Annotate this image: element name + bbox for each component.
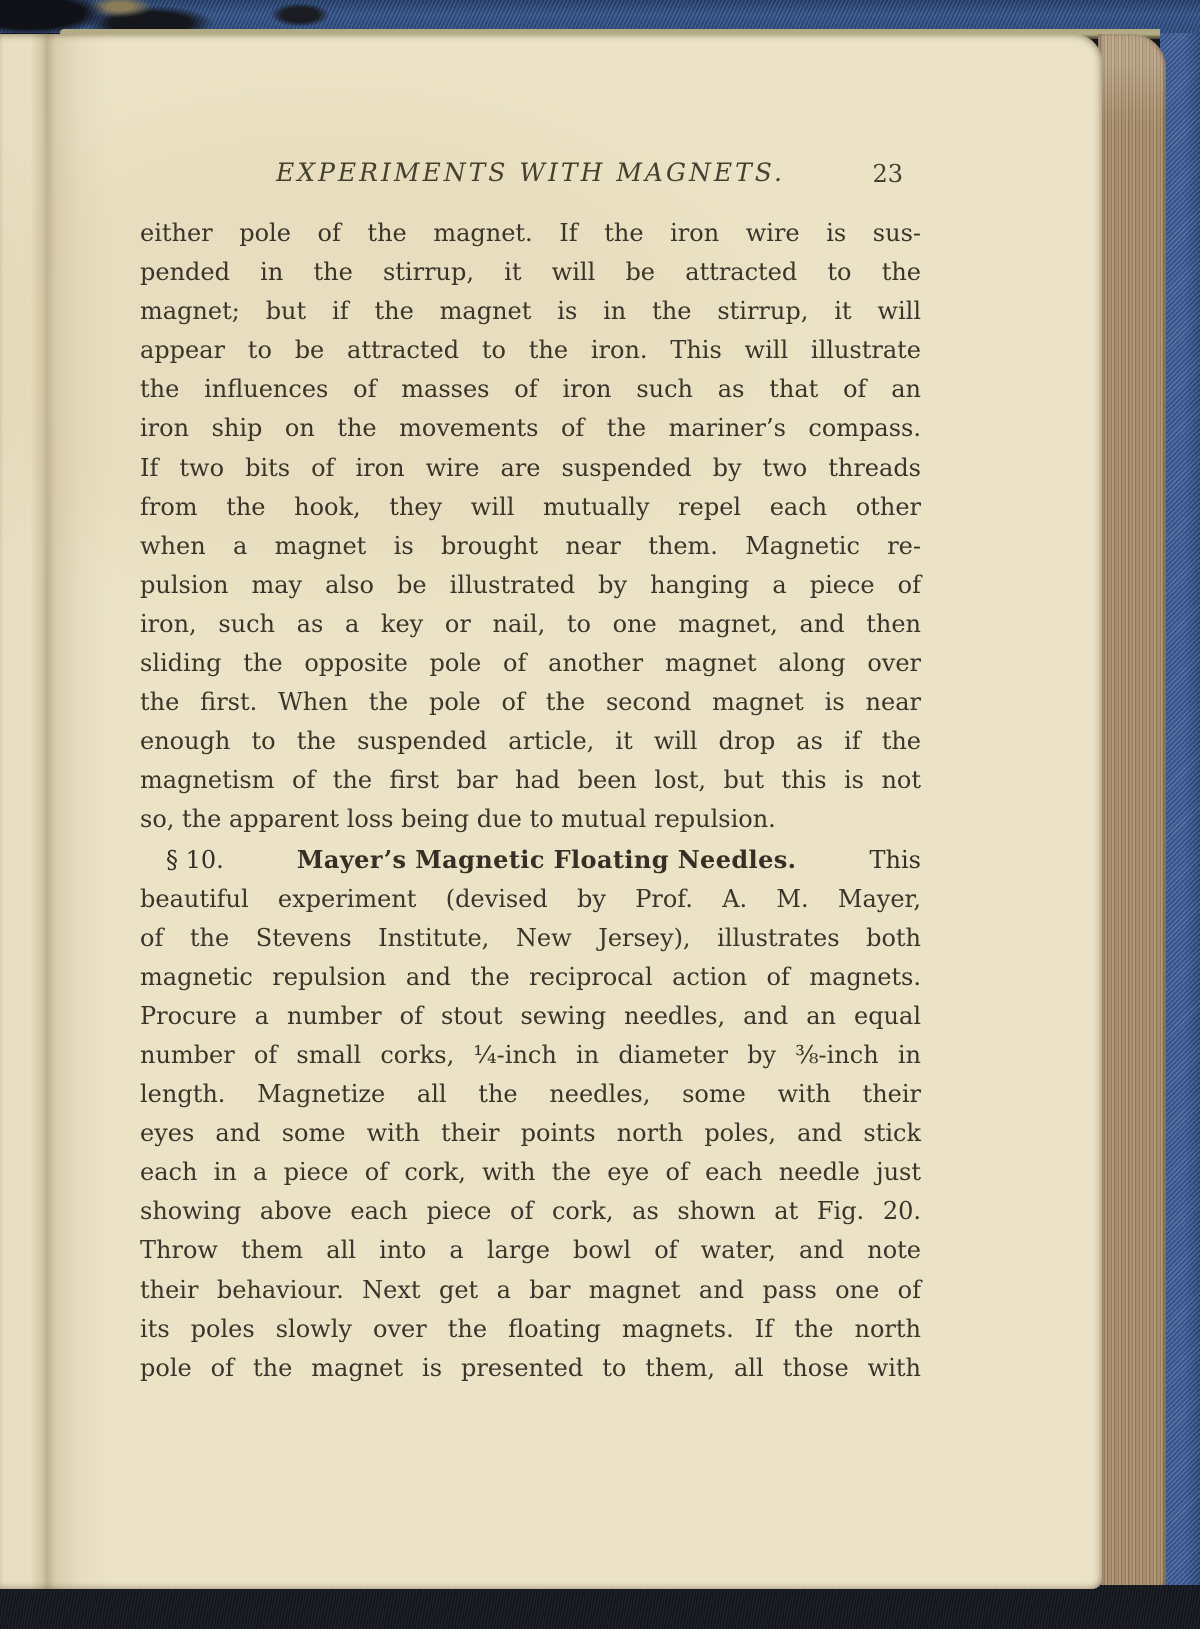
text-line: eyes and some with their points north po… — [140, 1114, 921, 1153]
body-text: either pole of the magnet. If the iron w… — [140, 214, 921, 1388]
page-number: 23 — [872, 160, 903, 188]
text-line: their behaviour. Next get a bar magnet a… — [140, 1271, 921, 1310]
page-fore-edge-stack — [1098, 34, 1166, 1591]
text-line: the influences of masses of iron such as… — [140, 370, 921, 409]
text-line: iron, such as a key or nail, to one magn… — [140, 605, 921, 644]
text-line: showing above each piece of cork, as sho… — [140, 1192, 921, 1231]
section-marker: § 10. — [166, 841, 224, 880]
text-line: enough to the suspended article, it will… — [140, 722, 921, 761]
text-line: either pole of the magnet. If the iron w… — [140, 214, 921, 253]
text-line: so, the apparent loss being due to mutua… — [140, 800, 921, 839]
section-heading-line: § 10. Mayer’s Magnetic Floating Needles.… — [140, 840, 921, 880]
text-line: number of small corks, ¼-inch in diamete… — [140, 1036, 921, 1075]
text-line: magnetism of the first bar had been lost… — [140, 761, 921, 800]
text-line: when a magnet is brought near them. Magn… — [140, 527, 921, 566]
text-line: beautiful experiment (devised by Prof. A… — [140, 880, 921, 919]
section-heading: Mayer’s Magnetic Floating Needles. — [297, 840, 796, 879]
text-line: the first. When the pole of the second m… — [140, 683, 921, 722]
running-title: EXPERIMENTS WITH MAGNETS. — [140, 158, 921, 187]
section-heading-trailing-word: This — [870, 841, 921, 880]
text-line: from the hook, they will mutually repel … — [140, 488, 921, 527]
book-page: EXPERIMENTS WITH MAGNETS. 23 either pole… — [0, 34, 1102, 1589]
text-line: each in a piece of cork, with the eye of… — [140, 1153, 921, 1192]
text-line: magnetic repulsion and the reciprocal ac… — [140, 958, 921, 997]
text-line: iron ship on the movements of the marine… — [140, 409, 921, 448]
text-line: pulsion may also be illustrated by hangi… — [140, 566, 921, 605]
text-line: its poles slowly over the floating magne… — [140, 1310, 921, 1349]
paragraph-1: either pole of the magnet. If the iron w… — [140, 214, 921, 840]
text-line: Throw them all into a large bowl of wate… — [140, 1231, 921, 1270]
text-line: length. Magnetize all the needles, some … — [140, 1075, 921, 1114]
text-line: pended in the stirrup, it will be attrac… — [140, 253, 921, 292]
text-line: If two bits of iron wire are suspended b… — [140, 449, 921, 488]
paragraph-2: beautiful experiment (devised by Prof. A… — [140, 880, 921, 1388]
text-line: of the Stevens Institute, New Jersey), i… — [140, 919, 921, 958]
text-line: pole of the magnet is presented to them,… — [140, 1349, 921, 1388]
text-line: sliding the opposite pole of another mag… — [140, 644, 921, 683]
book-scan: EXPERIMENTS WITH MAGNETS. 23 either pole… — [0, 0, 1200, 1629]
text-line: Procure a number of stout sewing needles… — [140, 997, 921, 1036]
page-header: EXPERIMENTS WITH MAGNETS. 23 — [140, 158, 921, 198]
text-line: appear to be attracted to the iron. This… — [140, 331, 921, 370]
text-line: magnet; but if the magnet is in the stir… — [140, 292, 921, 331]
book-cover-bottom-edge — [0, 1585, 1200, 1629]
book-cover-right-edge — [1160, 0, 1200, 1599]
